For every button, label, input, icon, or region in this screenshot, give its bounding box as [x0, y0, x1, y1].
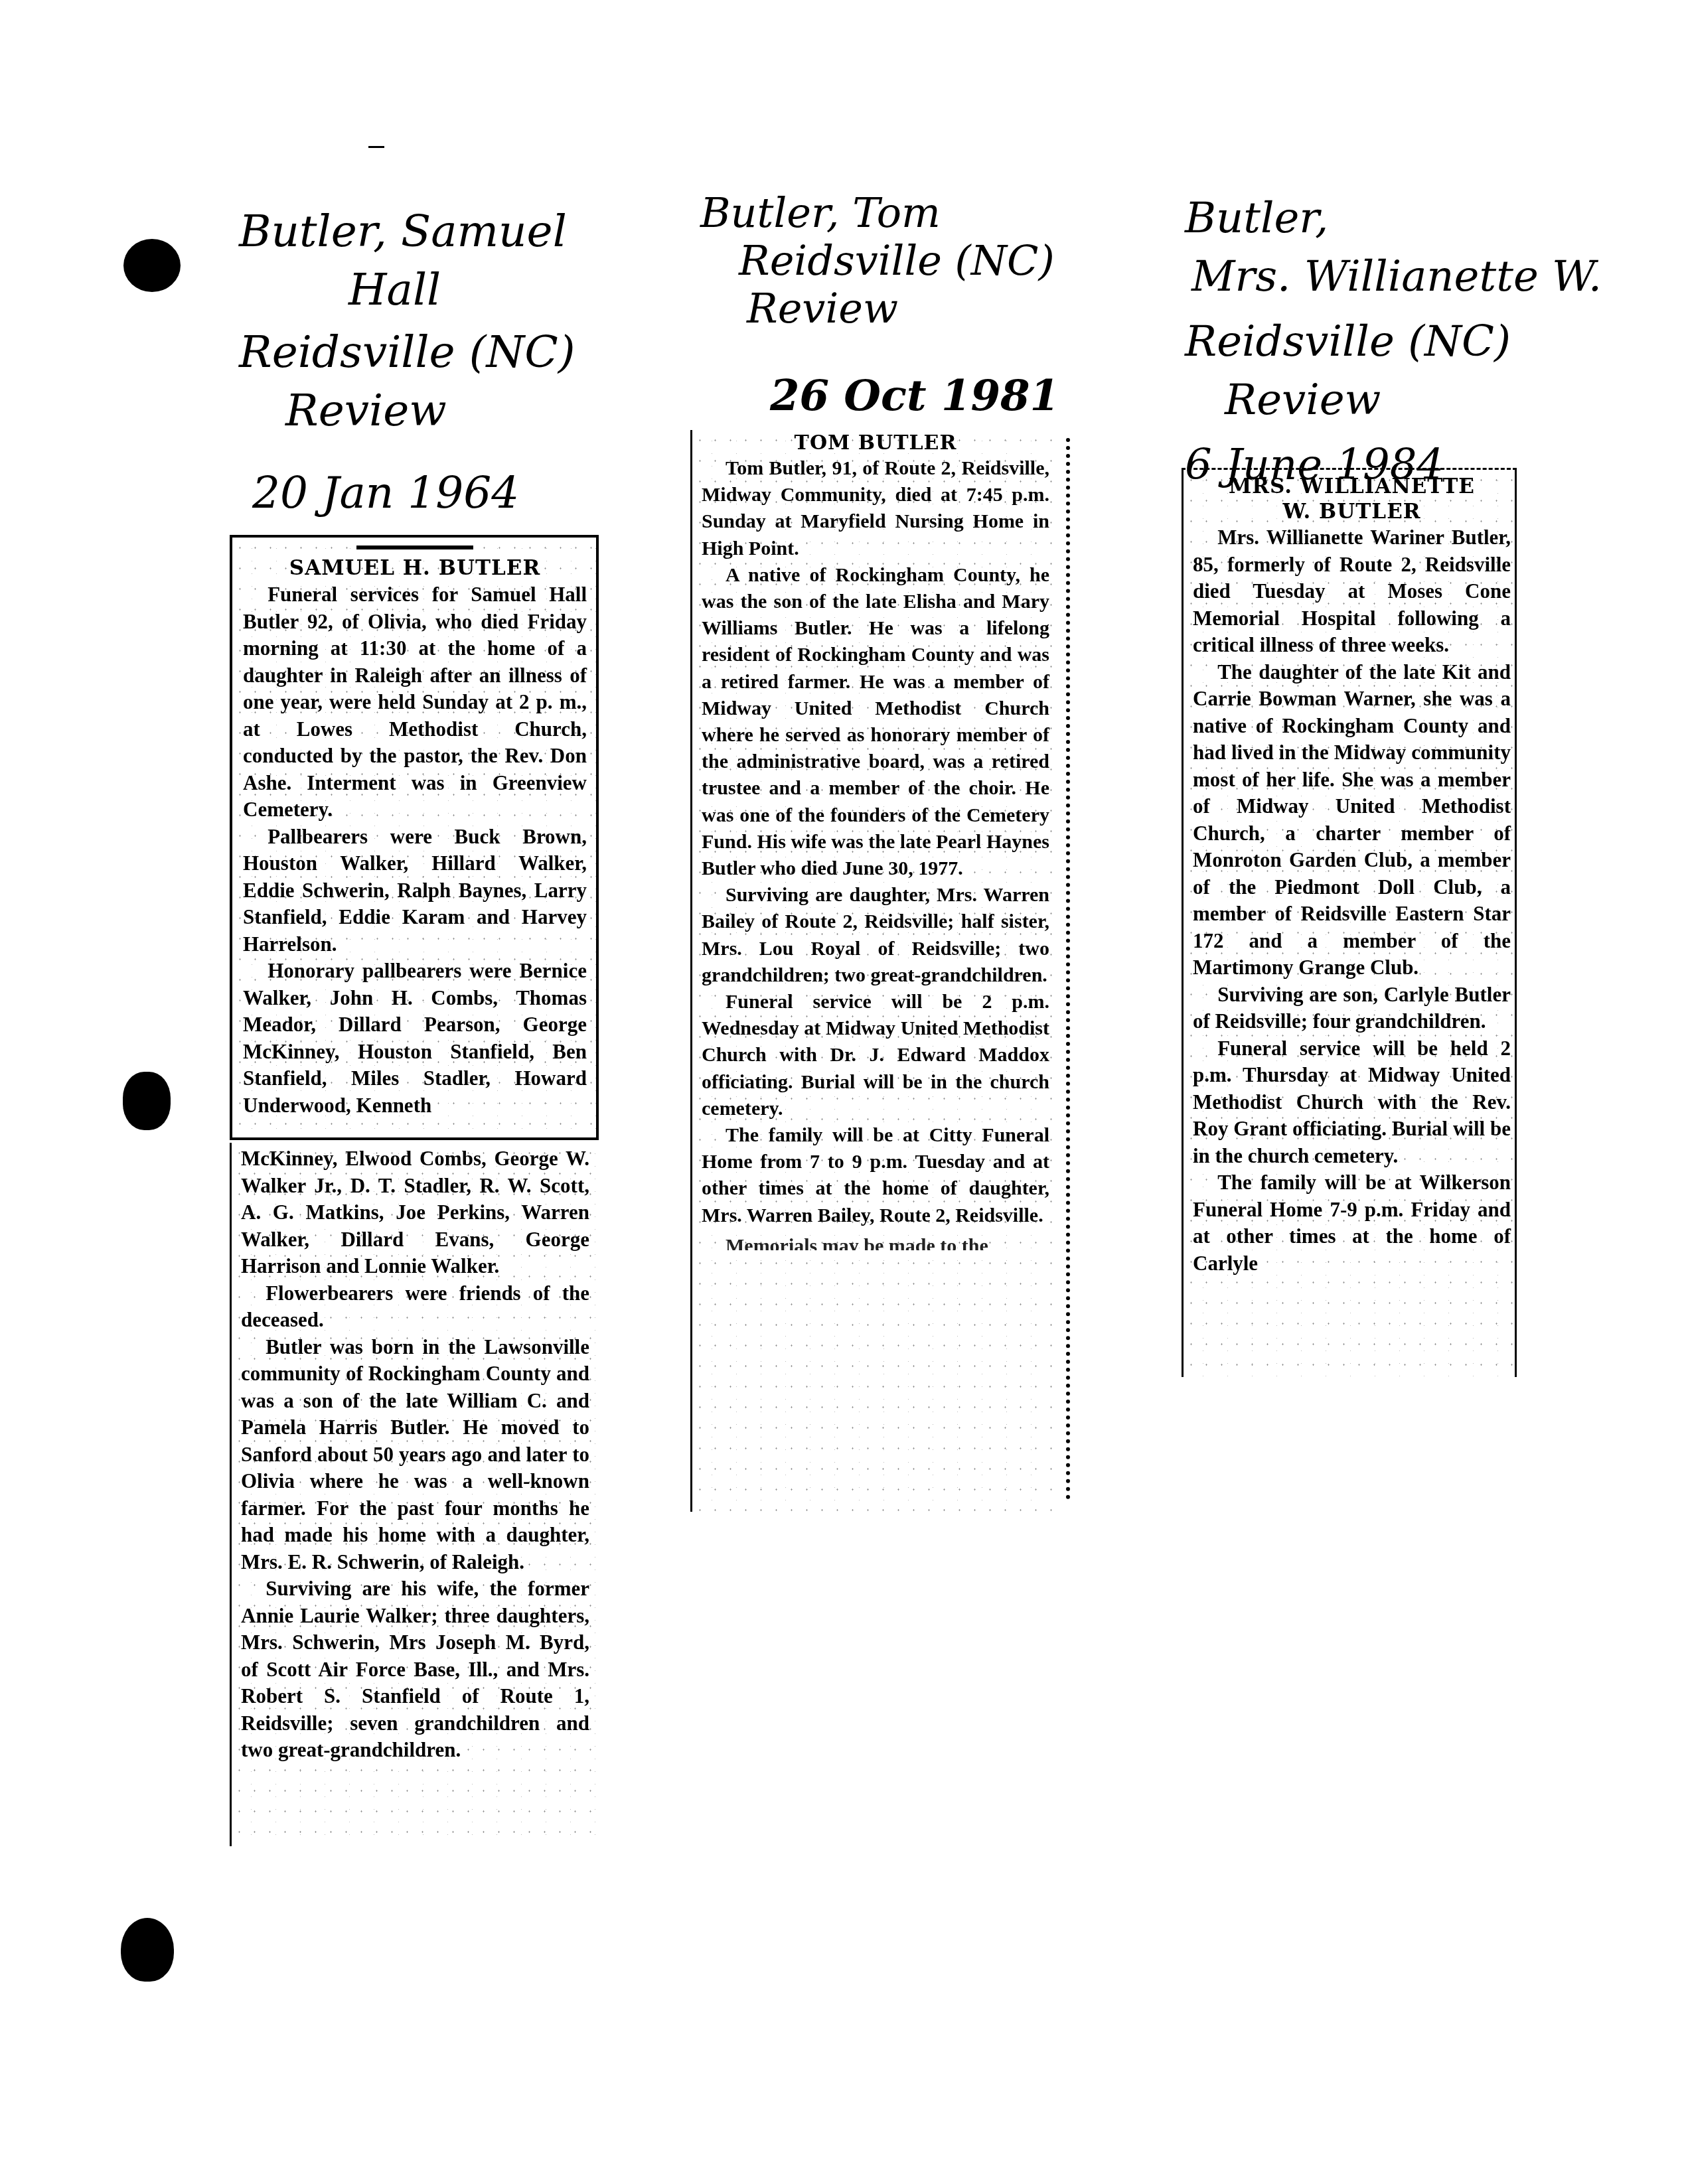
annotation-line: Reidsville (NC) [239, 323, 575, 382]
handwritten-date-tom: 26 Oct 1981 [770, 372, 1059, 421]
obituary-paragraph: The daughter of the late Kit and Carrie … [1193, 659, 1511, 982]
obituary-paragraph: Funeral services for Samuel Hall Butler … [243, 581, 587, 824]
obituary-paragraph: Tom Butler, 91, of Route 2, Reidsville, … [702, 455, 1049, 562]
handwritten-annotation-samuel: Butler, Samuel Hall Reidsville (NC) Revi… [239, 202, 575, 522]
scan-artifact [368, 146, 384, 148]
obituary-paragraph: Honorary pallbearers were Bernice Walker… [243, 958, 587, 1119]
obituary-headline: SAMUEL H. BUTLER [243, 555, 587, 581]
adjacent-column-fragment [1061, 438, 1074, 1500]
obituary-paragraph: Pallbearers were Buck Brown, Houston Wal… [243, 824, 587, 958]
obituary-clipping-samuel-butler-part1: SAMUEL H. BUTLER Funeral services for Sa… [230, 535, 599, 1140]
obituary-headline-line2: W. BUTLER [1193, 499, 1511, 524]
binder-hole-middle [123, 1072, 171, 1130]
obituary-paragraph: The family will be at Citty Funeral Home… [702, 1122, 1049, 1229]
annotation-line: Butler, [1185, 189, 1602, 248]
annotation-line: Mrs. Willianette W. [1185, 248, 1602, 306]
obituary-headline-line1: MRS. WILLIANETTE [1193, 474, 1511, 499]
obituary-cutoff-line: Memorials may be made to the [702, 1233, 1049, 1260]
obituary-clipping-willianette-butler: MRS. WILLIANETTE W. BUTLER Mrs. Williane… [1182, 468, 1517, 1377]
obituary-paragraph: Surviving are son, Carlyle Butler of Rei… [1193, 982, 1511, 1035]
annotation-line: Butler, Samuel [239, 202, 575, 261]
handwritten-annotation-tom: Butler, Tom Reidsville (NC) Review [700, 189, 1055, 332]
obituary-clipping-tom-butler: TOM BUTLER Tom Butler, 91, of Route 2, R… [690, 430, 1052, 1512]
annotation-line: Hall [239, 261, 575, 319]
annotation-line: Review [239, 382, 575, 440]
obituary-paragraph: Flowerbearers were friends of the deceas… [241, 1280, 589, 1334]
obituary-headline: TOM BUTLER [702, 431, 1049, 455]
annotation-line: Reidsville (NC) [700, 237, 1055, 285]
binder-hole-top [123, 239, 181, 292]
annotation-line: Butler, Tom [700, 189, 1055, 237]
obituary-paragraph: Surviving are his wife, the former Annie… [241, 1575, 589, 1764]
handwritten-annotation-willianette: Butler, Mrs. Willianette W. Reidsville (… [1185, 189, 1602, 494]
headline-rule [356, 546, 473, 549]
obituary-paragraph: Surviving are daughter, Mrs. Warren Bail… [702, 882, 1049, 989]
obituary-paragraph: McKinney, Elwood Combs, George W. Walker… [241, 1145, 589, 1280]
obituary-paragraph: Mrs. Willianette Wariner Butler, 85, for… [1193, 524, 1511, 659]
binder-hole-bottom [121, 1918, 174, 1982]
obituary-paragraph: The family will be at Wilkerson Funeral … [1193, 1169, 1511, 1277]
annotation-line: Review [700, 285, 1055, 332]
annotation-line: Review [1185, 371, 1602, 429]
obituary-clipping-samuel-butler-part2: McKinney, Elwood Combs, George W. Walker… [230, 1143, 599, 1846]
annotation-line: Reidsville (NC) [1185, 313, 1602, 371]
obituary-paragraph: A native of Rockingham County, he was th… [702, 562, 1049, 882]
annotation-date: 20 Jan 1964 [239, 464, 575, 522]
obituary-paragraph: Butler was born in the Lawsonville commu… [241, 1334, 589, 1576]
obituary-paragraph: Funeral service will be held 2 p.m. Thur… [1193, 1035, 1511, 1170]
obituary-paragraph: Funeral service will be 2 p.m. Wednesday… [702, 989, 1049, 1122]
